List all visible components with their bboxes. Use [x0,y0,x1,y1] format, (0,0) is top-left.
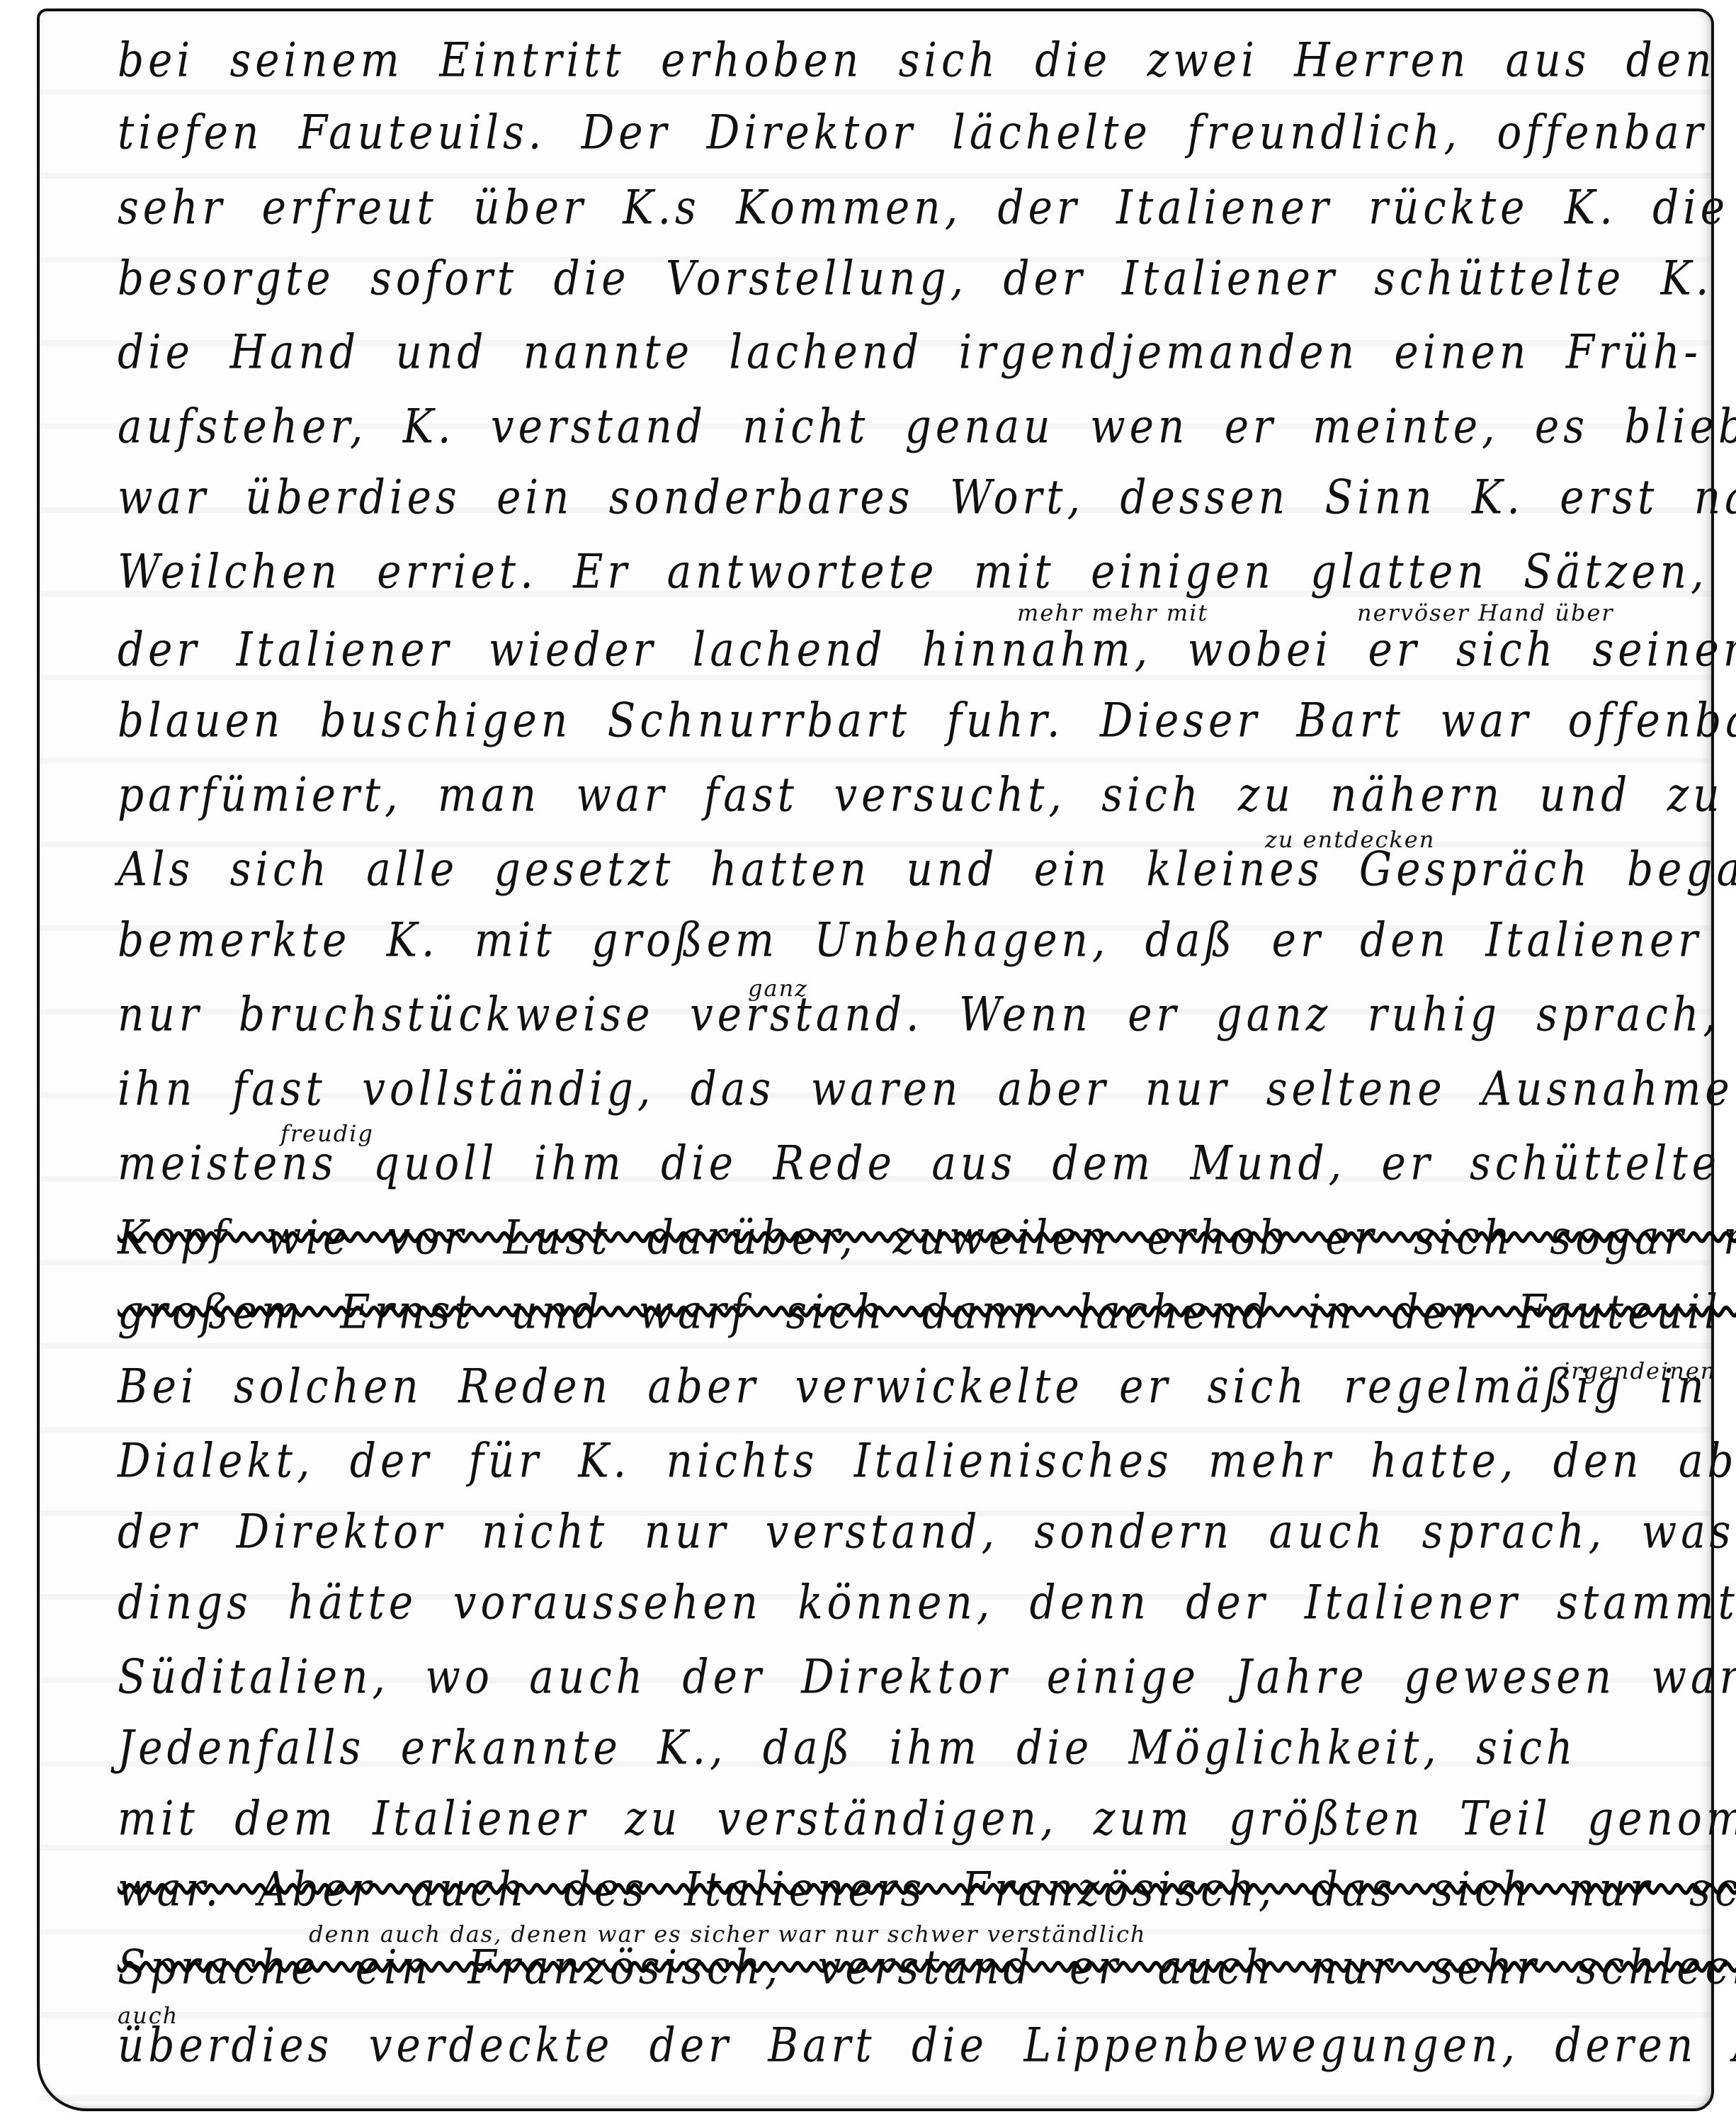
manuscript-line-struck: großem Ernst und warf sich dann lachend … [118,1283,1711,1340]
manuscript-line: Dialekt, der für K. nichts Italienisches… [118,1432,1711,1489]
manuscript-page: bei seinem Eintritt erhoben sich die zwe… [37,9,1714,2111]
manuscript-line-struck: Kopf wie vor Lust darüber, zuweilen erho… [118,1209,1711,1266]
manuscript-line: sehr erfreut über K.s Kommen, der Italie… [118,179,1711,236]
manuscript-line: parfümiert, man war fast versucht, sich … [118,766,1711,823]
manuscript-line-struck: war. Aber auch des Italieners Französisc… [118,1860,1711,1918]
interlinear-insertion: nervöser Hand über [1357,599,1614,626]
manuscript-line: die Hand und nannte lachend irgendjemand… [118,323,1711,380]
interlinear-insertion: irgendeinen [1562,1357,1716,1384]
manuscript-line: war überdies ein sonderbares Wort, desse… [118,468,1711,526]
manuscript-line: Jedenfalls erkannte K., daß ihm die Mögl… [118,1719,1711,1776]
manuscript-line: aufsteher, K. verstand nicht genau wen e… [118,397,1711,455]
manuscript-line: bei seinem Eintritt erhoben sich die zwe… [118,31,1711,89]
manuscript-line: besorgte sofort die Vorstellung, der Ita… [118,249,1711,307]
manuscript-line: Weilchen erriet. Er antwortete mit einig… [118,543,1711,600]
interlinear-insertion: denn auch das, denen war es sicher war n… [309,1921,1146,1948]
manuscript-line: bemerkte K. mit großem Unbehagen, daß er… [118,911,1711,968]
manuscript-line: Als sich alle gesetzt hatten und ein kle… [118,840,1711,898]
manuscript-line: ihn fast vollständig, das waren aber nur… [118,1060,1711,1117]
interlinear-insertion: zu entdecken [1265,826,1435,853]
manuscript-line: nur bruchstückweise verstand. Wenn er ga… [118,985,1711,1043]
manuscript-line: Bei solchen Reden aber verwickelte er si… [118,1357,1711,1415]
manuscript-line: mit dem Italiener zu verständigen, zum g… [118,1790,1711,1847]
interlinear-insertion: ganz [748,975,808,1002]
manuscript-line: tiefen Fauteuils. Der Direktor lächelte … [118,103,1711,161]
manuscript-line: Süditalien, wo auch der Direktor einige … [118,1648,1711,1705]
interlinear-insertion: auch [118,2002,178,2029]
manuscript-line: blauen buschigen Schnurrbart fuhr. Diese… [118,691,1711,749]
manuscript-line: der Italiener wieder lachend hinnahm, wo… [118,621,1711,678]
manuscript-line: überdies verdeckte der Bart die Lippenbe… [118,2016,1711,2074]
interlinear-insertion: mehr mehr mit [1017,599,1208,626]
manuscript-line: der Direktor nicht nur verstand, sondern… [118,1503,1711,1560]
manuscript-line: dings hätte voraussehen können, denn der… [118,1573,1711,1631]
interlinear-insertion: freudig [280,1120,374,1147]
